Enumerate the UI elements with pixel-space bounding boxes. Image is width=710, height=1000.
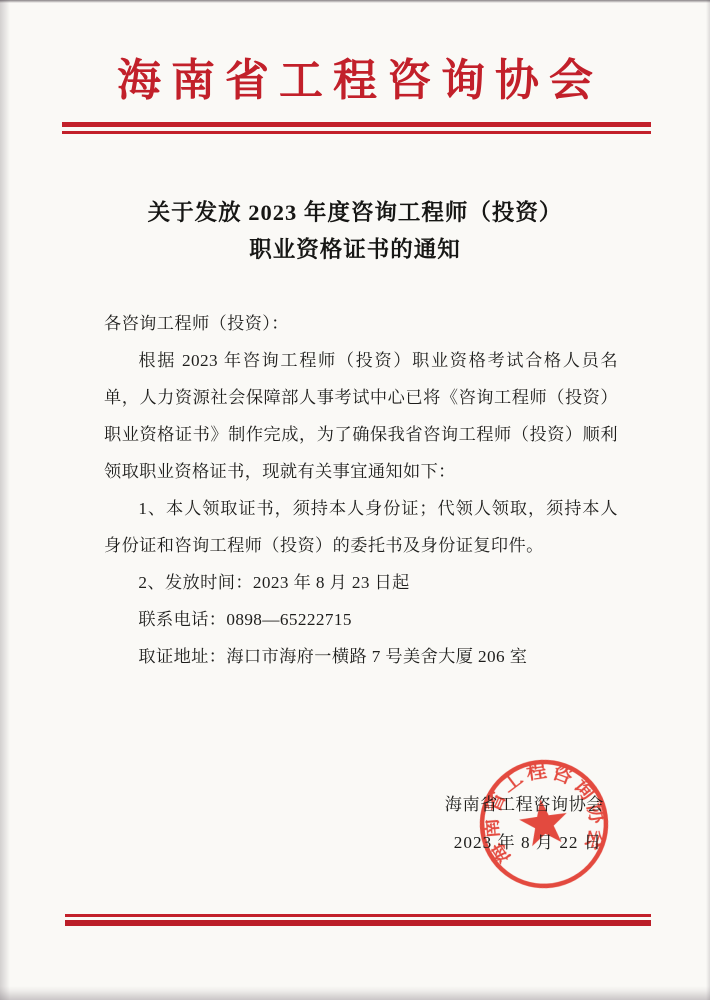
salutation: 各咨询工程师（投资）： <box>104 305 618 342</box>
paragraph-address: 取证地址：海口市海府一横路 7 号美舍大厦 206 室 <box>104 638 618 675</box>
footer-rule-thick <box>65 920 651 926</box>
footer-rule <box>65 914 651 926</box>
official-seal: 海南省工程咨询协会 <box>467 747 621 901</box>
paragraph-item-2: 2、发放时间：2023 年 8 月 23 日起 <box>104 564 618 601</box>
paragraph-phone: 联系电话：0898—65222715 <box>104 601 618 638</box>
letterhead-org-name: 海南省工程咨询协会 <box>0 57 710 105</box>
document-title: 关于发放 2023 年度咨询工程师（投资） 职业资格证书的通知 <box>55 194 655 268</box>
letterhead-rule-thin <box>62 131 651 134</box>
signature-org-name: 海南省工程咨询协会 <box>445 794 604 816</box>
paragraph-intro: 根据 2023 年咨询工程师（投资）职业资格考试合格人员名单，人力资源社会保障部… <box>104 342 618 490</box>
document-title-line1: 关于发放 2023 年度咨询工程师（投资） <box>55 194 655 231</box>
scanned-notice-page: 海南省工程咨询协会 关于发放 2023 年度咨询工程师（投资） 职业资格证书的通… <box>0 0 710 1000</box>
paragraph-item-1: 1、本人领取证书，须持本人身份证；代领人领取，须持本人身份证和咨询工程师（投资）… <box>104 490 618 564</box>
letterhead-rule <box>62 122 651 134</box>
document-title-line2: 职业资格证书的通知 <box>55 231 655 268</box>
notice-body: 各咨询工程师（投资）： 根据 2023 年咨询工程师（投资）职业资格考试合格人员… <box>104 305 618 675</box>
signature-date: 2023 年 8 月 22 日 <box>454 832 602 854</box>
